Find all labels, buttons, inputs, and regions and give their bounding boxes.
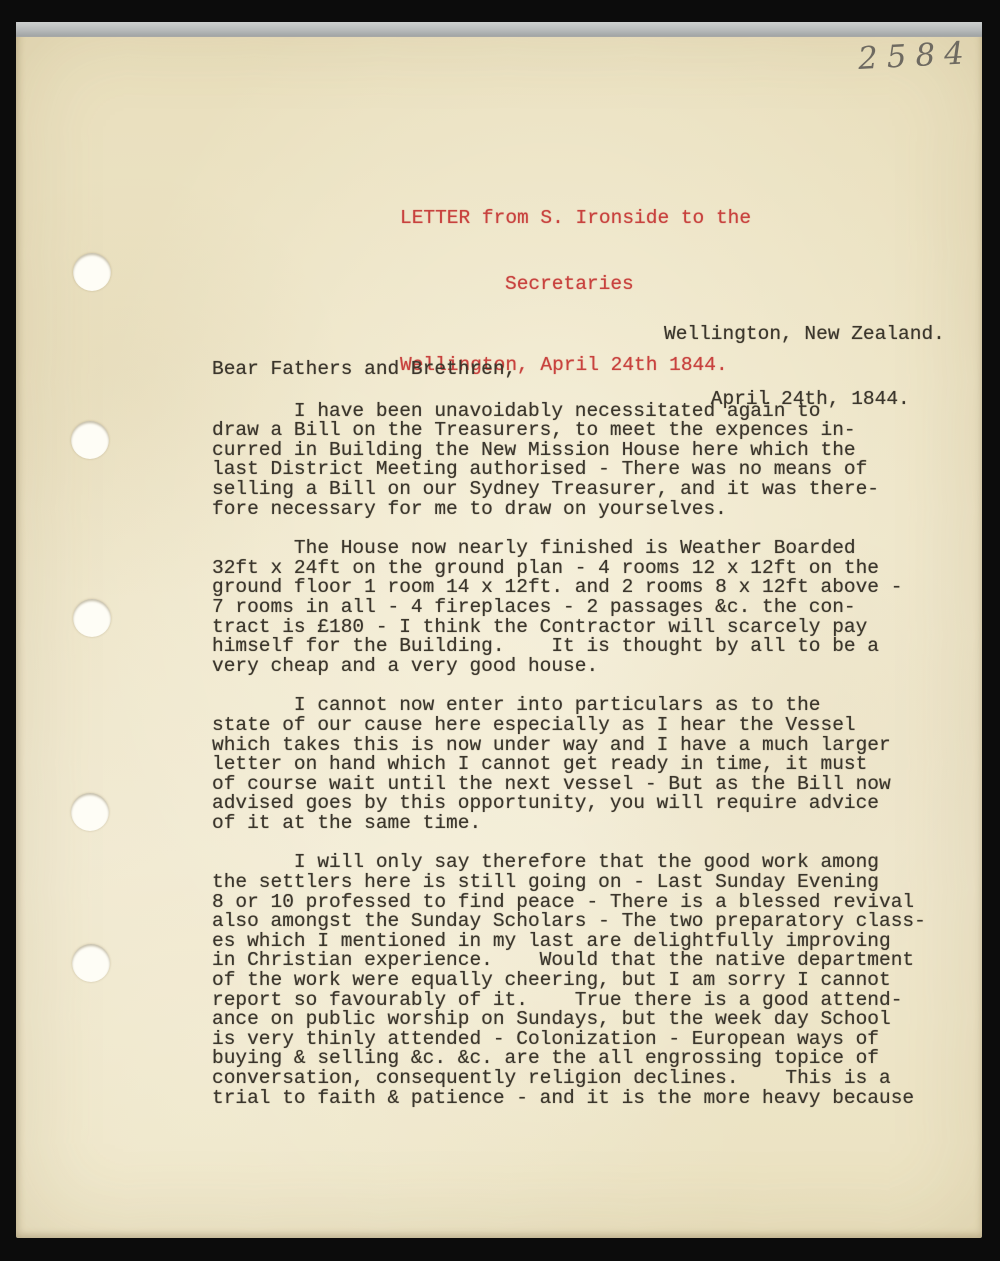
- paragraph-line: of it at the same time.: [212, 814, 952, 834]
- paragraph-line: of the work were equally cheering, but I…: [212, 971, 952, 991]
- body-paragraphs: I have been unavoidably necessitated aga…: [212, 402, 952, 1109]
- paragraph: I will only say therefore that the good …: [212, 853, 952, 1108]
- paragraph-line: fore necessary for me to draw on yoursel…: [212, 500, 952, 520]
- paragraph-line: ground floor 1 room 14 x 12ft. and 2 roo…: [212, 578, 952, 598]
- punch-hole: [72, 944, 110, 982]
- paragraph: I have been unavoidably necessitated aga…: [212, 402, 952, 520]
- letter-body: Bear Fathers and Brethren, I have been u…: [212, 360, 952, 1128]
- paragraph-line: the settlers here is still going on - La…: [212, 873, 952, 893]
- paragraph-line: also amongst the Sunday Scholars - The t…: [212, 912, 952, 932]
- letter-page: 2584 LETTER from S. Ironside to the Secr…: [16, 22, 982, 1238]
- paragraph: The House now nearly finished is Weather…: [212, 539, 952, 676]
- archive-number-handwritten: 2584: [857, 35, 974, 77]
- paragraph-line: ance on public worship on Sundays, but t…: [212, 1010, 952, 1030]
- paragraph-line: himself for the Building. It is thought …: [212, 637, 952, 657]
- paragraph-line: letter on hand which I cannot get ready …: [212, 755, 952, 775]
- paragraph-line: very cheap and a very good house.: [212, 657, 952, 677]
- paragraph-line: draw a Bill on the Treasurers, to meet t…: [212, 421, 952, 441]
- paragraph-line: advised goes by this opportunity, you wi…: [212, 794, 952, 814]
- punch-hole: [73, 253, 111, 291]
- heading-title-line1: LETTER from S. Ironside to the: [400, 207, 751, 229]
- paragraph-line: selling a Bill on our Sydney Treasurer, …: [212, 480, 952, 500]
- paragraph-line: The House now nearly finished is Weather…: [212, 539, 952, 559]
- paragraph-line: 7 rooms in all - 4 fireplaces - 2 passag…: [212, 598, 952, 618]
- punch-hole: [71, 793, 109, 831]
- address-line-city: Wellington, New Zealand.: [664, 324, 945, 346]
- salutation: Bear Fathers and Brethren,: [212, 360, 952, 380]
- paragraph: I cannot now enter into particulars as t…: [212, 696, 952, 833]
- paragraph-line: conversation, consequently religion decl…: [212, 1069, 952, 1089]
- punch-hole: [71, 421, 109, 459]
- paragraph-line: I cannot now enter into particulars as t…: [212, 696, 952, 716]
- paragraph-line: trial to faith & patience - and it is th…: [212, 1089, 952, 1109]
- tape-strip: [16, 22, 982, 37]
- paragraph-line: state of our cause here especially as I …: [212, 716, 952, 736]
- punch-hole: [73, 599, 111, 637]
